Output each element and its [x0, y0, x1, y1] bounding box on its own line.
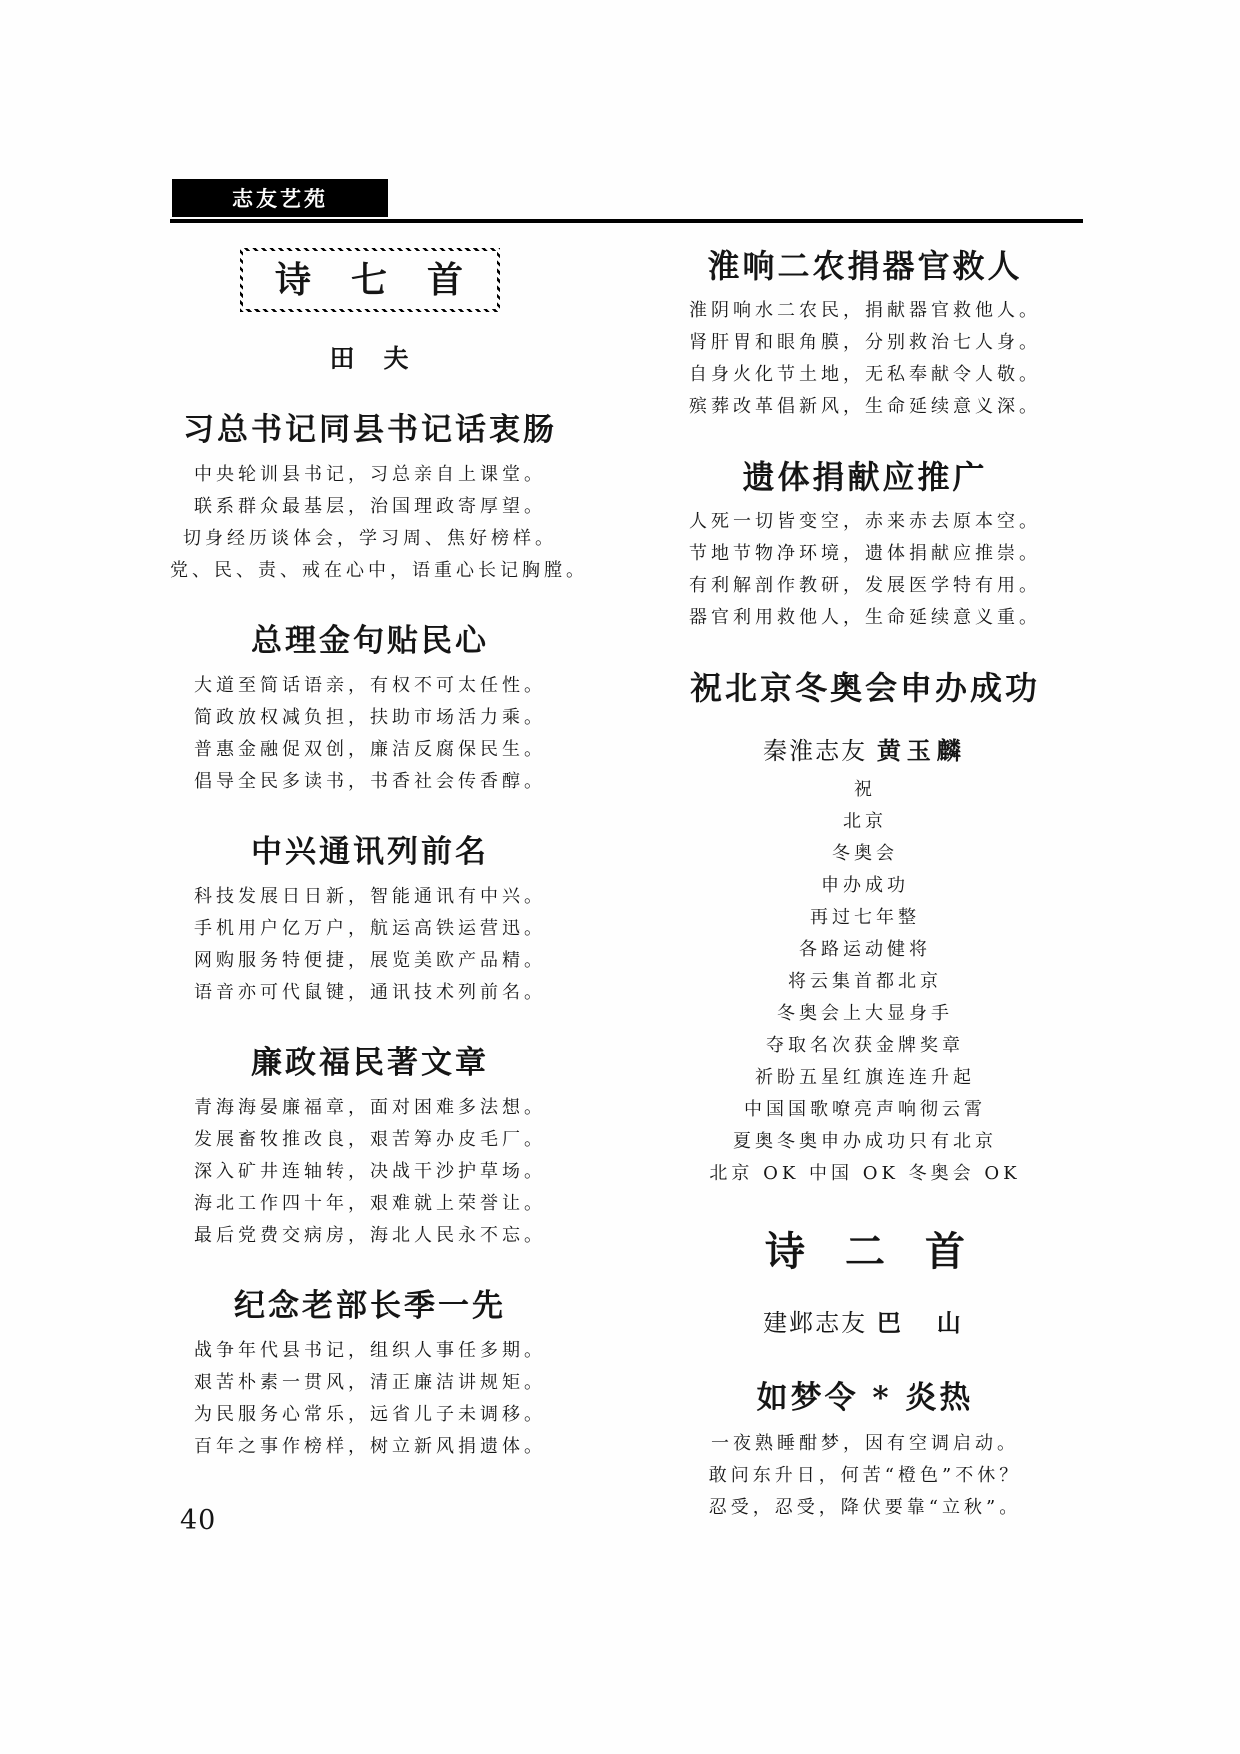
left-column: 诗 七 首 田 夫 习总书记同县书记话衷肠 中央轮训县书记，习总亲自上课堂。 联… — [170, 240, 570, 1463]
poem-line: 忍受，忍受，降伏要靠“立秋”。 — [645, 1492, 1085, 1524]
poem-yiti-juanxian: 遗体捐献应推广 人死一切皆变空，赤来赤去原本空。 节地节物净环境，遗体捐献应推崇… — [645, 457, 1085, 634]
author-group: 建邺志友 — [763, 1309, 867, 1337]
poem-line: 为民服务心常乐，远省儿子未调移。 — [170, 1399, 570, 1431]
poem-huaixiang-ernong: 淮响二农捐器官救人 淮阴响水二农民，捐献器官救他人。 肾肝胃和眼角膜，分别救治七… — [645, 246, 1085, 423]
poem-title: 习总书记同县书记话衷肠 — [170, 410, 570, 450]
column-header-bar: 志友艺苑 — [172, 179, 388, 217]
poem-line: 淮阴响水二农民，捐献器官救他人。 — [645, 295, 1085, 327]
pagoda-lines: 祝 北京 冬奥会 申办成功 再过七年整 各路运动健将 将云集首都北京 冬奥会上大… — [645, 774, 1085, 1190]
group-title-two-poems: 诗 二 首 — [645, 1224, 1085, 1280]
byline-ba-shan: 建邺志友 巴 山 — [645, 1306, 1085, 1340]
author-name: 黄玉麟 — [877, 736, 967, 765]
poem-line: 语音亦可代鼠键，通讯技术列前名。 — [170, 977, 570, 1009]
poem-xi-zongshuji: 习总书记同县书记话衷肠 中央轮训县书记，习总亲自上课堂。 联系群众最基层，治国理… — [170, 410, 570, 587]
poem-title: 如梦令 * 炎热 — [645, 1376, 1085, 1420]
poem-line: 一夜熟睡酣梦，因有空调启动。 — [645, 1428, 1085, 1460]
poem-line: 自身火化节土地，无私奉献令人敬。 — [645, 359, 1085, 391]
poem-title: 廉政福民著文章 — [170, 1043, 570, 1083]
poem-jinian-buzhang: 纪念老部长季一先 战争年代县书记，组织人事任多期。 艰苦朴素一贯风，清正廉洁讲规… — [170, 1286, 570, 1463]
poem-line: 祈盼五星红旗连连升起 — [645, 1062, 1085, 1094]
poem-line: 北京 — [645, 806, 1085, 838]
poem-zhongxing-tongxun: 中兴通讯列前名 科技发展日日新，智能通讯有中兴。 手机用户亿万户，航运高铁运营迅… — [170, 832, 570, 1009]
poem-line: 申办成功 — [645, 870, 1085, 902]
poem-line: 有利解剖作教研，发展医学特有用。 — [645, 570, 1085, 602]
poem-title: 淮响二农捐器官救人 — [645, 246, 1085, 286]
poem-line: 冬奥会 — [645, 838, 1085, 870]
poem-line: 夺取名次获金牌奖章 — [645, 1030, 1085, 1062]
poem-line: 深入矿井连轴转，决战干沙护草场。 — [170, 1156, 570, 1188]
column-header-label: 志友艺苑 — [232, 183, 328, 213]
poem-line: 再过七年整 — [645, 902, 1085, 934]
poem-line: 殡葬改革倡新风，生命延续意义深。 — [645, 391, 1085, 423]
group-title-box: 诗 七 首 — [240, 248, 500, 312]
poem-line: 中国国歌嘹亮声响彻云霄 — [645, 1094, 1085, 1126]
header-rule — [170, 219, 1083, 223]
poem-line: 肾肝胃和眼角膜，分别救治七人身。 — [645, 327, 1085, 359]
poem-title: 遗体捐献应推广 — [645, 457, 1085, 497]
poem-line: 将云集首都北京 — [645, 966, 1085, 998]
byline-tianfu: 田 夫 — [170, 342, 570, 376]
poem-line: 科技发展日日新，智能通讯有中兴。 — [170, 881, 570, 913]
poem-line: 北京 OK 中国 OK 冬奥会 OK — [645, 1158, 1085, 1190]
poem-dongaohui-pagoda: 祝北京冬奥会申办成功 秦淮志友 黄玉麟 祝 北京 冬奥会 申办成功 再过七年整 … — [645, 668, 1085, 1190]
author-name: 田 夫 — [329, 344, 410, 373]
right-column: 淮响二农捐器官救人 淮阴响水二农民，捐献器官救他人。 肾肝胃和眼角膜，分别救治七… — [645, 240, 1085, 1524]
byline-huang-yulin: 秦淮志友 黄玉麟 — [645, 734, 1085, 768]
author-group: 秦淮志友 — [763, 737, 867, 765]
poem-line: 大道至简话语亲，有权不可太任性。 — [170, 670, 570, 702]
magazine-page: 志友艺苑 诗 七 首 田 夫 习总书记同县书记话衷肠 中央轮训县书记，习总亲自上… — [0, 0, 1240, 1754]
poem-line: 手机用户亿万户，航运高铁运营迅。 — [170, 913, 570, 945]
poem-line: 百年之事作榜样，树立新风捐遗体。 — [170, 1431, 570, 1463]
poem-title: 中兴通讯列前名 — [170, 832, 570, 872]
poem-line: 发展畜牧推改良，艰苦筹办皮毛厂。 — [170, 1124, 570, 1156]
poem-line: 最后党费交病房，海北人民永不忘。 — [170, 1220, 570, 1252]
poem-zongli-jinju: 总理金句贴民心 大道至简话语亲，有权不可太任性。 简政放权减负担，扶助市场活力乘… — [170, 621, 570, 798]
poem-line: 青海海晏廉福章，面对困难多法想。 — [170, 1092, 570, 1124]
poem-line: 冬奥会上大显身手 — [645, 998, 1085, 1030]
poem-line: 人死一切皆变空，赤来赤去原本空。 — [645, 506, 1085, 538]
poem-line: 网购服务特便捷，展览美欧产品精。 — [170, 945, 570, 977]
poem-line: 切身经历谈体会，学习周、焦好榜样。 — [170, 523, 570, 555]
ci-lines: 一夜熟睡酣梦，因有空调启动。 敢问东升日，何苦“橙色”不休？ 忍受，忍受，降伏要… — [645, 1428, 1085, 1524]
poem-line: 祝 — [645, 774, 1085, 806]
poem-line: 节地节物净环境，遗体捐献应推崇。 — [645, 538, 1085, 570]
poem-line: 海北工作四十年，艰难就上荣誉让。 — [170, 1188, 570, 1220]
poem-line: 倡导全民多读书，书香社会传香醇。 — [170, 766, 570, 798]
poem-line: 中央轮训县书记，习总亲自上课堂。 — [170, 459, 570, 491]
poem-line: 联系群众最基层，治国理政寄厚望。 — [170, 491, 570, 523]
poem-line: 敢问东升日，何苦“橙色”不休？ — [645, 1460, 1085, 1492]
author-name: 巴 山 — [877, 1308, 967, 1337]
poem-title: 总理金句贴民心 — [170, 621, 570, 661]
poem-title: 纪念老部长季一先 — [170, 1286, 570, 1326]
poem-title: 祝北京冬奥会申办成功 — [645, 668, 1085, 708]
page-number: 40 — [180, 1505, 216, 1536]
poem-lianzheng-fumin: 廉政福民著文章 青海海晏廉福章，面对困难多法想。 发展畜牧推改良，艰苦筹办皮毛厂… — [170, 1043, 570, 1252]
group-title-seven-poems: 诗 七 首 — [275, 259, 465, 301]
poem-rumengling: 如梦令 * 炎热 一夜熟睡酣梦，因有空调启动。 敢问东升日，何苦“橙色”不休？ … — [645, 1376, 1085, 1524]
poem-line: 各路运动健将 — [645, 934, 1085, 966]
poem-line: 器官利用救他人，生命延续意义重。 — [645, 602, 1085, 634]
poem-line: 战争年代县书记，组织人事任多期。 — [170, 1335, 570, 1367]
poem-line: 党、民、责、戒在心中，语重心长记胸膛。 — [170, 555, 570, 587]
poem-line: 艰苦朴素一贯风，清正廉洁讲规矩。 — [170, 1367, 570, 1399]
poem-line: 普惠金融促双创，廉洁反腐保民生。 — [170, 734, 570, 766]
poem-line: 夏奥冬奥申办成功只有北京 — [645, 1126, 1085, 1158]
poem-line: 简政放权减负担，扶助市场活力乘。 — [170, 702, 570, 734]
